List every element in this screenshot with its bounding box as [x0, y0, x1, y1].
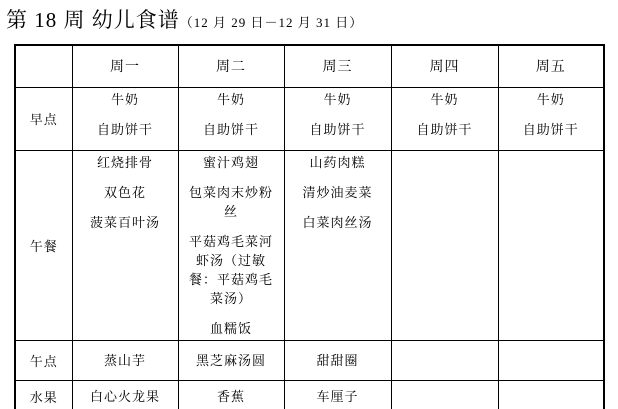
cell-lunch-thursday	[391, 150, 498, 340]
meal-item: 车厘子	[289, 387, 387, 406]
menu-table: 周一 周二 周三 周四 周五 早点 牛奶 自助饼干 牛奶 自助饼干 牛奶 自助饼…	[14, 44, 605, 409]
header-cell-friday: 周五	[498, 45, 604, 87]
cell-breakfast-tuesday: 牛奶 自助饼干	[178, 87, 284, 150]
meal-item: 包菜肉末炒粉丝	[183, 183, 280, 221]
cell-breakfast-monday: 牛奶 自助饼干	[72, 87, 178, 150]
cell-lunch-wednesday: 山药肉糕 清炒油麦菜 白菜肉丝汤	[284, 150, 391, 340]
cell-fruit-tuesday: 香蕉	[178, 380, 284, 409]
cell-breakfast-thursday: 牛奶 自助饼干	[391, 87, 498, 150]
meal-item: 甜甜圈	[289, 351, 387, 370]
row-label-fruit: 水果	[15, 380, 72, 409]
page-title-text: 第 18 周 幼儿食谱	[6, 8, 180, 32]
cell-fruit-thursday	[391, 380, 498, 409]
meal-item: 黑芝麻汤圆	[183, 351, 280, 370]
lunch-row: 午餐 红烧排骨 双色花 菠菜百叶汤 蜜汁鸡翅 包菜肉末炒粉丝 平菇鸡毛菜河虾汤（…	[15, 150, 604, 340]
meal-item: 自助饼干	[289, 120, 387, 139]
meal-item: 牛奶	[396, 90, 494, 109]
meal-item: 白菜肉丝汤	[289, 213, 387, 232]
cell-fruit-monday: 白心火龙果	[72, 380, 178, 409]
header-cell-empty	[15, 45, 72, 87]
cell-lunch-friday	[498, 150, 604, 340]
row-label-lunch: 午餐	[15, 150, 72, 340]
row-label-breakfast: 早点	[15, 87, 72, 150]
meal-item: 血糯饭	[183, 319, 280, 338]
meal-item: 牛奶	[289, 90, 387, 109]
row-label-snack: 午点	[15, 340, 72, 380]
meal-item: 蜜汁鸡翅	[183, 153, 280, 172]
header-row: 周一 周二 周三 周四 周五	[15, 45, 604, 87]
meal-item: 白心火龙果	[77, 387, 174, 406]
meal-item: 牛奶	[183, 90, 280, 109]
meal-item: 平菇鸡毛菜河虾汤（过敏餐：平菇鸡毛菜汤）	[183, 232, 280, 308]
cell-snack-thursday	[391, 340, 498, 380]
cell-snack-tuesday: 黑芝麻汤圆	[178, 340, 284, 380]
meal-item: 菠菜百叶汤	[77, 213, 174, 232]
page-title-dates: （12 月 29 日－12 月 31 日）	[180, 15, 364, 30]
header-cell-wednesday: 周三	[284, 45, 391, 87]
cell-snack-friday	[498, 340, 604, 380]
cell-fruit-wednesday: 车厘子	[284, 380, 391, 409]
meal-item: 清炒油麦菜	[289, 183, 387, 202]
meal-item: 蒸山芋	[77, 351, 174, 370]
meal-item: 自助饼干	[77, 120, 174, 139]
header-cell-tuesday: 周二	[178, 45, 284, 87]
meal-item: 红烧排骨	[77, 153, 174, 172]
snack-row: 午点 蒸山芋 黑芝麻汤圆 甜甜圈	[15, 340, 604, 380]
cell-breakfast-friday: 牛奶 自助饼干	[498, 87, 604, 150]
meal-item: 双色花	[77, 183, 174, 202]
breakfast-row: 早点 牛奶 自助饼干 牛奶 自助饼干 牛奶 自助饼干 牛奶 自助饼干 牛奶 自助…	[15, 87, 604, 150]
meal-item: 自助饼干	[396, 120, 494, 139]
cell-snack-monday: 蒸山芋	[72, 340, 178, 380]
meal-item: 牛奶	[77, 90, 174, 109]
header-cell-thursday: 周四	[391, 45, 498, 87]
meal-item: 山药肉糕	[289, 153, 387, 172]
cell-snack-wednesday: 甜甜圈	[284, 340, 391, 380]
cell-lunch-monday: 红烧排骨 双色花 菠菜百叶汤	[72, 150, 178, 340]
meal-item: 自助饼干	[183, 120, 280, 139]
fruit-row: 水果 白心火龙果 香蕉 车厘子	[15, 380, 604, 409]
meal-item: 牛奶	[503, 90, 600, 109]
cell-breakfast-wednesday: 牛奶 自助饼干	[284, 87, 391, 150]
page-title: 第 18 周 幼儿食谱（12 月 29 日－12 月 31 日）	[6, 4, 363, 34]
meal-item: 自助饼干	[503, 120, 600, 139]
cell-fruit-friday	[498, 380, 604, 409]
meal-item: 香蕉	[183, 387, 280, 406]
header-cell-monday: 周一	[72, 45, 178, 87]
cell-lunch-tuesday: 蜜汁鸡翅 包菜肉末炒粉丝 平菇鸡毛菜河虾汤（过敏餐：平菇鸡毛菜汤） 血糯饭	[178, 150, 284, 340]
